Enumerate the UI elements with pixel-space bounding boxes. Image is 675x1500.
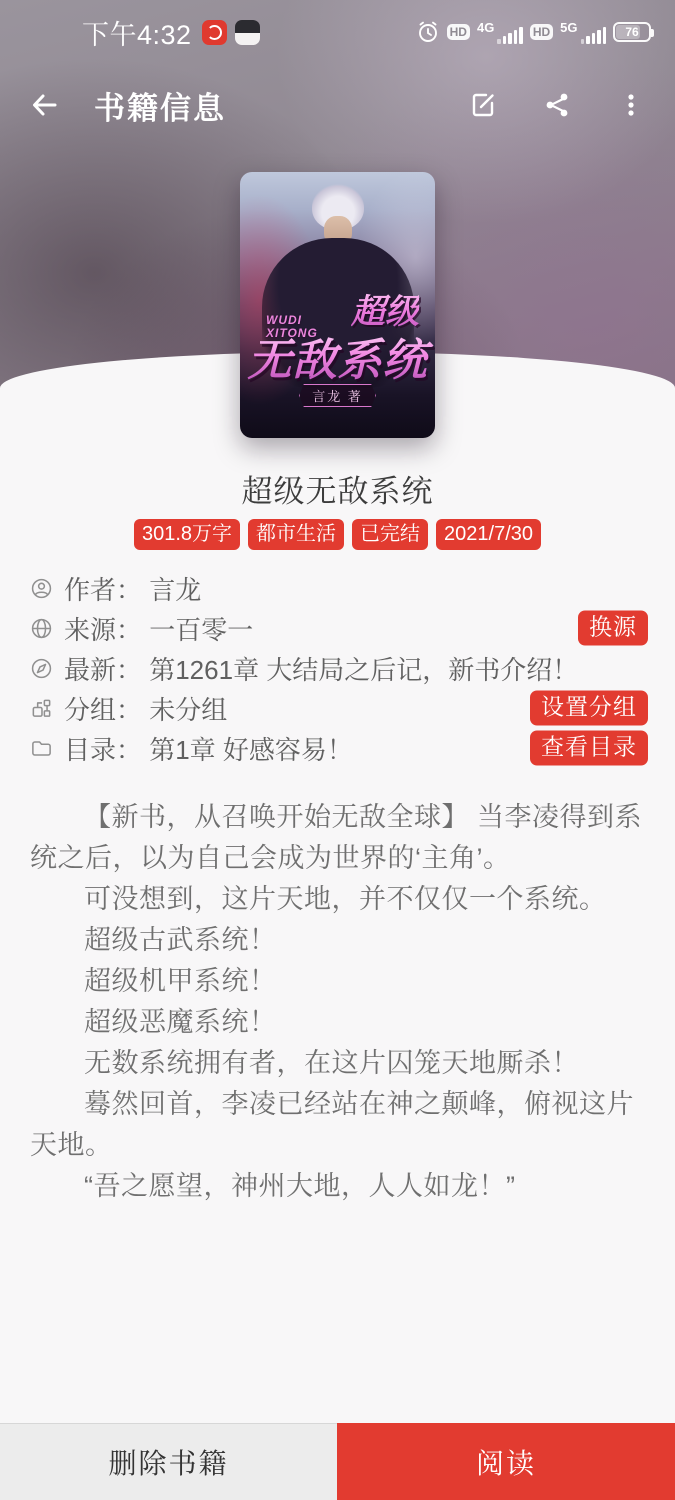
badge-genre: 都市生活 (248, 519, 344, 550)
hd-voice-icon-1: HD (447, 24, 470, 40)
page-title: 书籍信息 (94, 83, 226, 128)
signal-bars-icon-1 (497, 26, 523, 44)
cover-title-main: 无敌系统 (240, 324, 435, 388)
clock-text: 下午4:32 (82, 13, 192, 52)
latest-chapter-text: 最新： 第1261章 大结局之后记，新书介绍！ (64, 650, 578, 687)
person-circle-icon (30, 577, 53, 600)
toc-text: 目录： 第1章 好感容易！ (64, 730, 353, 767)
status-bar: 下午4:32 HD 4G HD 5G 76 (0, 12, 675, 52)
latest-chapter-row: 最新： 第1261章 大结局之后记，新书介绍！ (30, 648, 648, 688)
kebab-menu-icon (617, 91, 645, 119)
reader-app-icon (235, 20, 260, 45)
book-cover[interactable]: WUDI XITONG 超级 无敌系统 言龙 著 (240, 172, 435, 438)
source-row: 来源： 一百零一 换源 (30, 608, 648, 648)
edit-icon (469, 91, 497, 119)
description-paragraph: 超级机甲系统！ (30, 961, 649, 1002)
source-text: 来源： 一百零一 (64, 610, 253, 647)
badge-date: 2021/7/30 (436, 519, 541, 550)
edit-book-button[interactable] (461, 83, 505, 127)
folder-icon (30, 737, 53, 760)
description-paragraph: 超级恶魔系统！ (30, 1002, 649, 1043)
hd-voice-icon-2: HD (530, 24, 553, 40)
signal-4g: 4G (477, 21, 523, 44)
change-source-button[interactable]: 换源 (578, 611, 648, 646)
cover-author-badge: 言龙 著 (240, 384, 435, 407)
description-paragraph: 蓦然回首，李凌已经站在神之颠峰，俯视这片天地。 (30, 1084, 649, 1166)
book-info-screen: 下午4:32 HD 4G HD 5G 76 (0, 0, 675, 1500)
arrow-left-icon (28, 89, 60, 121)
toc-row: 目录： 第1章 好感容易！ 查看目录 (30, 728, 648, 768)
share-button[interactable] (535, 83, 579, 127)
group-row: 分组： 未分组 设置分组 (30, 688, 648, 728)
back-button[interactable] (22, 83, 66, 127)
description-paragraph: “吾之愿望，神州大地，人人如龙！” (30, 1166, 649, 1207)
bottom-action-bar: 删除书籍 阅读 (0, 1423, 675, 1500)
network-type-label-2: 5G (560, 21, 577, 34)
description-paragraph: 超级古武系统！ (30, 920, 649, 961)
book-info-list: 作者： 言龙 来源： 一百零一 换源 最新： 第1261章 大结局之后记，新书介… (30, 568, 648, 768)
more-menu-button[interactable] (609, 83, 653, 127)
app-bar: 书籍信息 (0, 78, 675, 132)
view-toc-button[interactable]: 查看目录 (530, 731, 648, 766)
description-paragraph: 可没想到，这片天地，并不仅仅一个系统。 (30, 879, 649, 920)
book-description: 【新书，从召唤开始无敌全球】 当李凌得到系统之后，以为自己会成为世界的‘主角’。… (30, 797, 649, 1207)
signal-5g: 5G (560, 21, 606, 44)
status-indicators: HD 4G HD 5G 76 (416, 20, 651, 44)
compass-icon (30, 657, 53, 680)
battery-icon: 76 (613, 22, 651, 42)
battery-percent: 76 (625, 25, 638, 39)
badge-word-count: 301.8万字 (134, 519, 240, 550)
author-row: 作者： 言龙 (30, 568, 648, 608)
badge-row: 301.8万字 都市生活 已完结 2021/7/30 (0, 519, 675, 550)
description-paragraph: 无数系统拥有者，在这片囚笼天地厮杀！ (30, 1043, 649, 1084)
description-paragraph: 【新书，从召唤开始无敌全球】 当李凌得到系统之后，以为自己会成为世界的‘主角’。 (30, 797, 649, 879)
group-squares-icon (30, 697, 53, 720)
delete-book-button[interactable]: 删除书籍 (0, 1423, 337, 1500)
netease-music-icon (202, 20, 227, 45)
alarm-icon (416, 20, 440, 44)
network-type-label-1: 4G (477, 21, 494, 34)
set-group-button[interactable]: 设置分组 (530, 691, 648, 726)
badge-status: 已完结 (352, 519, 428, 550)
book-title: 超级无敌系统 (0, 466, 675, 511)
read-button[interactable]: 阅读 (337, 1423, 675, 1500)
notification-icons (202, 20, 260, 45)
globe-icon (30, 617, 53, 640)
share-icon (543, 91, 571, 119)
signal-bars-icon-2 (581, 26, 607, 44)
group-text: 分组： 未分组 (64, 690, 227, 727)
author-text: 作者： 言龙 (64, 570, 201, 607)
